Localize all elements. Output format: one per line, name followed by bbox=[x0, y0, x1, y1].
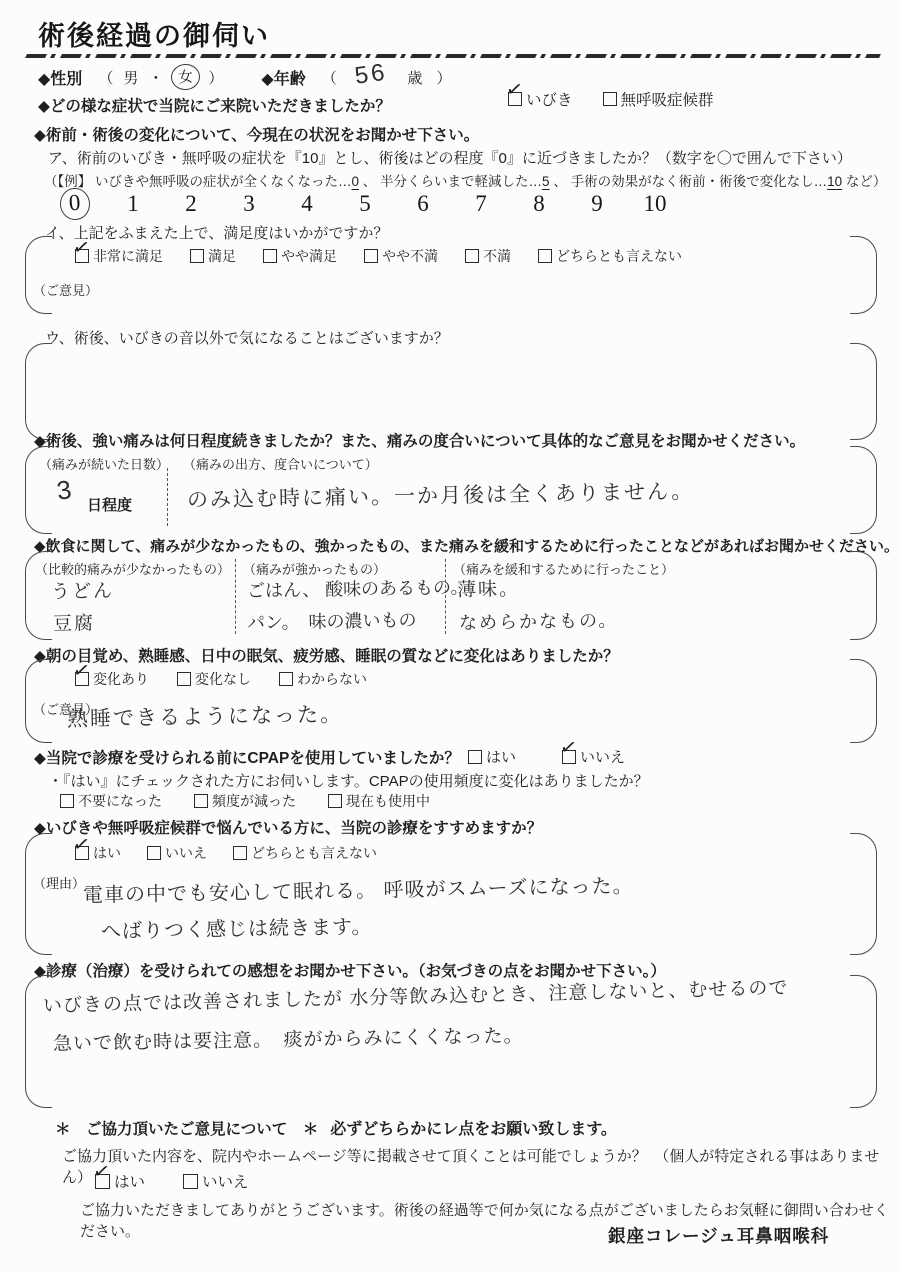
checkbox-label: いびき bbox=[526, 88, 573, 110]
cpap-options: ✓はい ✓いいえ bbox=[468, 746, 625, 767]
checkbox-cpap-no: ✓いいえ bbox=[562, 746, 625, 767]
change-question-a: ア、術前のいびき・無呼吸の症状を『10』とし、術後はどの程度『0』に近づきました… bbox=[48, 147, 852, 168]
example-text: 、 半分くらいまで軽減した… bbox=[359, 174, 542, 189]
checkbox-no-change: ✓変化なし bbox=[177, 669, 251, 689]
checkbox-label: いいえ bbox=[580, 746, 625, 767]
checkbox-label: 変化あり bbox=[93, 669, 149, 689]
checkbox-square bbox=[328, 794, 342, 808]
page-title: 術後経過の御伺い bbox=[38, 14, 270, 53]
age-unit: 歳 bbox=[407, 67, 422, 88]
eating-answer-box: （比較的痛みが少なかったもの） （痛みが強かったもの） （痛みを緩和するために行… bbox=[25, 551, 877, 640]
eating-col3-line1: 薄味。 bbox=[457, 574, 520, 602]
impression-line2-handwritten: 急いで飲む時は要注意。 痰がからみにくくなった。 bbox=[53, 1021, 524, 1056]
checkbox-label: 不満 bbox=[483, 246, 511, 266]
checkbox-label: わからない bbox=[297, 669, 367, 689]
checkbox-dissatisfied: ✓不満 bbox=[465, 246, 511, 266]
paren: ） bbox=[208, 67, 223, 88]
checkbox-label: 変化なし bbox=[195, 669, 251, 689]
age-value-handwritten: 56 bbox=[353, 59, 389, 91]
checkbox-square bbox=[75, 249, 89, 263]
checkbox-label: どちらとも言えない bbox=[556, 246, 682, 266]
checkbox-square bbox=[468, 750, 482, 764]
checkbox-recommend-no: ✓いいえ bbox=[147, 843, 207, 863]
rating-scale: 0 1 2 3 4 5 6 7 8 9 10 bbox=[46, 188, 684, 220]
checkbox-satisfied: ✓満足 bbox=[190, 246, 236, 266]
pain-answer-box: （痛みが続いた日数） （痛みの出方、度合いについて） 3 日程度 のみ込む時に痛… bbox=[25, 446, 877, 534]
checkbox-somewhat-dissatisfied: ✓やや不満 bbox=[364, 246, 438, 266]
recommend-reason-line2-handwritten: へばりつく感じは続きます。 bbox=[101, 910, 373, 944]
age-label: ◆年齢 bbox=[261, 66, 305, 89]
handwritten-circle: 0 bbox=[59, 187, 91, 221]
checkbox-square bbox=[279, 672, 293, 686]
pain-days-value-handwritten: 3 bbox=[55, 474, 77, 507]
scale-number: 4 bbox=[278, 191, 336, 217]
checkbox-square bbox=[183, 1174, 198, 1189]
clinic-name: 銀座コレージュ耳鼻咽喉科 bbox=[608, 1223, 829, 1248]
checkbox-neither: ✓どちらとも言えない bbox=[538, 246, 682, 266]
eating-col1-label: （比較的痛みが少なかったもの） bbox=[35, 559, 230, 578]
consent-heading-row: ＊ ご協力頂いたご意見について ＊ 必ずどちらかにレ点をお願い致します。 bbox=[55, 1116, 617, 1139]
checkbox-label: 不要になった bbox=[78, 791, 162, 811]
checkbox-label: はい bbox=[114, 1170, 145, 1192]
checkbox-label: はい bbox=[486, 746, 516, 767]
cpap-followup-question: ・『はい』にチェックされた方にお伺いします。CPAPの使用頻度に変化はありました… bbox=[48, 770, 649, 791]
symptom-options: ✓ いびき ✓ 無呼吸症候群 bbox=[508, 88, 714, 110]
change-heading: ◆術前・術後の変化について、今現在の状況をお聞かせ下さい。 bbox=[34, 123, 479, 145]
example-text: 、 手術の効果がなく術前・術後で変化なし… bbox=[550, 174, 828, 189]
checkbox-square bbox=[75, 846, 89, 860]
scanned-questionnaire-page: 術後経過の御伺い ◆性別 （ 男 ・ 女 ） ◆年齢 （ 56 歳 ） ◆どの様… bbox=[0, 0, 900, 1273]
sleep-answer-box: ✓変化あり ✓変化なし ✓わからない （ご意見） 熟睡できるようになった。 bbox=[25, 659, 877, 743]
example-text: など） bbox=[842, 174, 886, 189]
gender-option-male: 男 bbox=[123, 67, 138, 88]
recommend-reason-line1-handwritten: 電車の中でも安心して眠れる。 呼吸がスムーズになった。 bbox=[83, 869, 634, 908]
scale-number: 3 bbox=[220, 191, 278, 217]
impression-answer-box: いびきの点では改善されましたが 水分等飲み込むとき、注意しないと、むせるので 急… bbox=[25, 975, 877, 1108]
checkbox-square bbox=[263, 249, 277, 263]
satisfaction-answer-box: ✓非常に満足 ✓満足 ✓やや満足 ✓やや不満 ✓不満 ✓どちらとも言えない （ご… bbox=[25, 236, 877, 314]
pain-detail-handwritten: のみ込む時に痛い。一か月後は全くありません。 bbox=[187, 475, 695, 514]
separator-dot: ・ bbox=[148, 67, 163, 88]
change-example: （【例】 いびきや無呼吸の症状が全くなくなった…0 、 半分くらいまで軽減した…… bbox=[44, 170, 886, 190]
checkbox-unknown: ✓わからない bbox=[279, 669, 367, 689]
checkbox-square bbox=[465, 249, 479, 263]
scale-number: 1 bbox=[104, 191, 162, 217]
checkbox-label: 非常に満足 bbox=[93, 246, 163, 266]
scale-number-0-circled: 0 bbox=[46, 188, 104, 220]
checkbox-consent-no: ✓いいえ bbox=[183, 1170, 249, 1192]
concerns-answer-box bbox=[25, 343, 877, 440]
eating-col2-line2: パン。 味の濃いもの bbox=[247, 606, 417, 635]
cpap-followup-options: ✓不要になった ✓頻度が減った ✓現在も使用中 bbox=[60, 791, 430, 811]
cpap-question: ◆当院で診療を受けられる前にCPAPを使用していましたか？ bbox=[34, 746, 460, 768]
recommend-answer-box: ✓はい ✓いいえ ✓どちらとも言えない （理由） 電車の中でも安心して眠れる。 … bbox=[25, 833, 877, 955]
pain-days-label: （痛みが続いた日数） bbox=[39, 454, 169, 473]
scale-number: 9 bbox=[568, 191, 626, 217]
scale-number: 8 bbox=[510, 191, 568, 217]
checkbox-square bbox=[508, 92, 522, 106]
checkbox-square bbox=[95, 1174, 110, 1189]
example-value-10: 10 bbox=[827, 174, 842, 189]
checkbox-label: 頻度が減った bbox=[212, 791, 296, 811]
gender-option-female-circled: 女 bbox=[170, 63, 201, 91]
example-text: （【例】 いびきや無呼吸の症状が全くなくなった… bbox=[44, 174, 352, 189]
column-divider bbox=[235, 559, 236, 634]
checkbox-square bbox=[190, 249, 204, 263]
checkbox-very-satisfied: ✓非常に満足 bbox=[75, 246, 163, 266]
sleep-comment-handwritten: 熟睡できるようになった。 bbox=[67, 698, 343, 733]
reason-label: （理由） bbox=[33, 873, 85, 892]
eating-col1-line2: 豆腐 bbox=[53, 608, 95, 636]
gender-label: ◆性別 bbox=[38, 66, 82, 89]
eating-col1-line1: うどん bbox=[51, 576, 114, 604]
checkbox-square bbox=[147, 846, 161, 860]
checkbox-square bbox=[177, 672, 191, 686]
checkbox-square bbox=[194, 794, 208, 808]
sleep-options: ✓変化あり ✓変化なし ✓わからない bbox=[75, 669, 367, 689]
scale-number: 10 bbox=[626, 191, 684, 217]
eating-col3-line2: なめらかなもの。 bbox=[459, 606, 619, 635]
scale-number: 5 bbox=[336, 191, 394, 217]
checkbox-square bbox=[60, 794, 74, 808]
checkbox-square bbox=[233, 846, 247, 860]
checkbox-label: 現在も使用中 bbox=[346, 791, 430, 811]
checkbox-label: いいえ bbox=[165, 843, 207, 863]
checkbox-snoring: ✓ いびき bbox=[508, 88, 573, 110]
checkbox-square bbox=[75, 672, 89, 686]
checkbox-label: どちらとも言えない bbox=[251, 843, 377, 863]
paren: ） bbox=[436, 67, 451, 88]
eating-col2-line1: ごはん、 酸味のあるもの。 bbox=[247, 573, 469, 603]
checkbox-label: 無呼吸症候群 bbox=[621, 88, 714, 110]
comment-label: （ご意見） bbox=[33, 280, 98, 299]
satisfaction-options: ✓非常に満足 ✓満足 ✓やや満足 ✓やや不満 ✓不満 ✓どちらとも言えない bbox=[75, 246, 682, 266]
scale-number: 6 bbox=[394, 191, 452, 217]
checkbox-square bbox=[538, 249, 552, 263]
checkbox-label: 満足 bbox=[208, 246, 236, 266]
consent-star-heading: ＊ ご協力頂いたご意見について ＊ bbox=[55, 1117, 318, 1139]
checkbox-consent-yes: ✓はい bbox=[95, 1170, 145, 1192]
checkbox-no-longer-needed: ✓不要になった bbox=[60, 791, 162, 811]
example-value-0: 0 bbox=[352, 174, 360, 189]
checkbox-still-using: ✓現在も使用中 bbox=[328, 791, 430, 811]
checkbox-recommend-neither: ✓どちらとも言えない bbox=[233, 843, 377, 863]
checkbox-somewhat-satisfied: ✓やや満足 bbox=[263, 246, 337, 266]
scale-number: 7 bbox=[452, 191, 510, 217]
checkbox-label: はい bbox=[93, 843, 121, 863]
consent-options: ✓はい ✓いいえ bbox=[95, 1170, 249, 1192]
consent-star-heading-bold: 必ずどちらかにレ点をお願い致します。 bbox=[330, 1116, 617, 1139]
checkbox-apnea: ✓ 無呼吸症候群 bbox=[603, 88, 714, 110]
scale-number: 2 bbox=[162, 191, 220, 217]
checkbox-changed: ✓変化あり bbox=[75, 669, 149, 689]
checkbox-label: いいえ bbox=[202, 1170, 249, 1192]
profile-row: ◆性別 （ 男 ・ 女 ） ◆年齢 （ 56 歳 ） bbox=[38, 64, 451, 90]
impression-line1-handwritten: いびきの点では改善されましたが 水分等飲み込むとき、注意しないと、むせるので bbox=[43, 973, 789, 1018]
checkbox-label: やや満足 bbox=[281, 246, 337, 266]
checkbox-label: やや不満 bbox=[382, 246, 438, 266]
pain-days-unit: 日程度 bbox=[87, 494, 132, 515]
checkbox-square bbox=[364, 249, 378, 263]
column-divider bbox=[167, 468, 168, 526]
recommend-options: ✓はい ✓いいえ ✓どちらとも言えない bbox=[75, 843, 377, 863]
dashed-divider bbox=[25, 54, 881, 58]
checkbox-recommend-yes: ✓はい bbox=[75, 843, 121, 863]
symptom-question: ◆どの様な症状で当院にご来院いただきましたか？ bbox=[38, 94, 391, 116]
checkbox-square bbox=[603, 92, 617, 106]
checkbox-square bbox=[562, 750, 576, 764]
paren: （ bbox=[98, 67, 113, 88]
paren: （ bbox=[322, 67, 337, 88]
checkbox-frequency-reduced: ✓頻度が減った bbox=[194, 791, 296, 811]
checkbox-cpap-yes: ✓はい bbox=[468, 746, 516, 767]
example-value-5: 5 bbox=[542, 174, 550, 189]
pain-detail-label: （痛みの出方、度合いについて） bbox=[183, 454, 378, 473]
